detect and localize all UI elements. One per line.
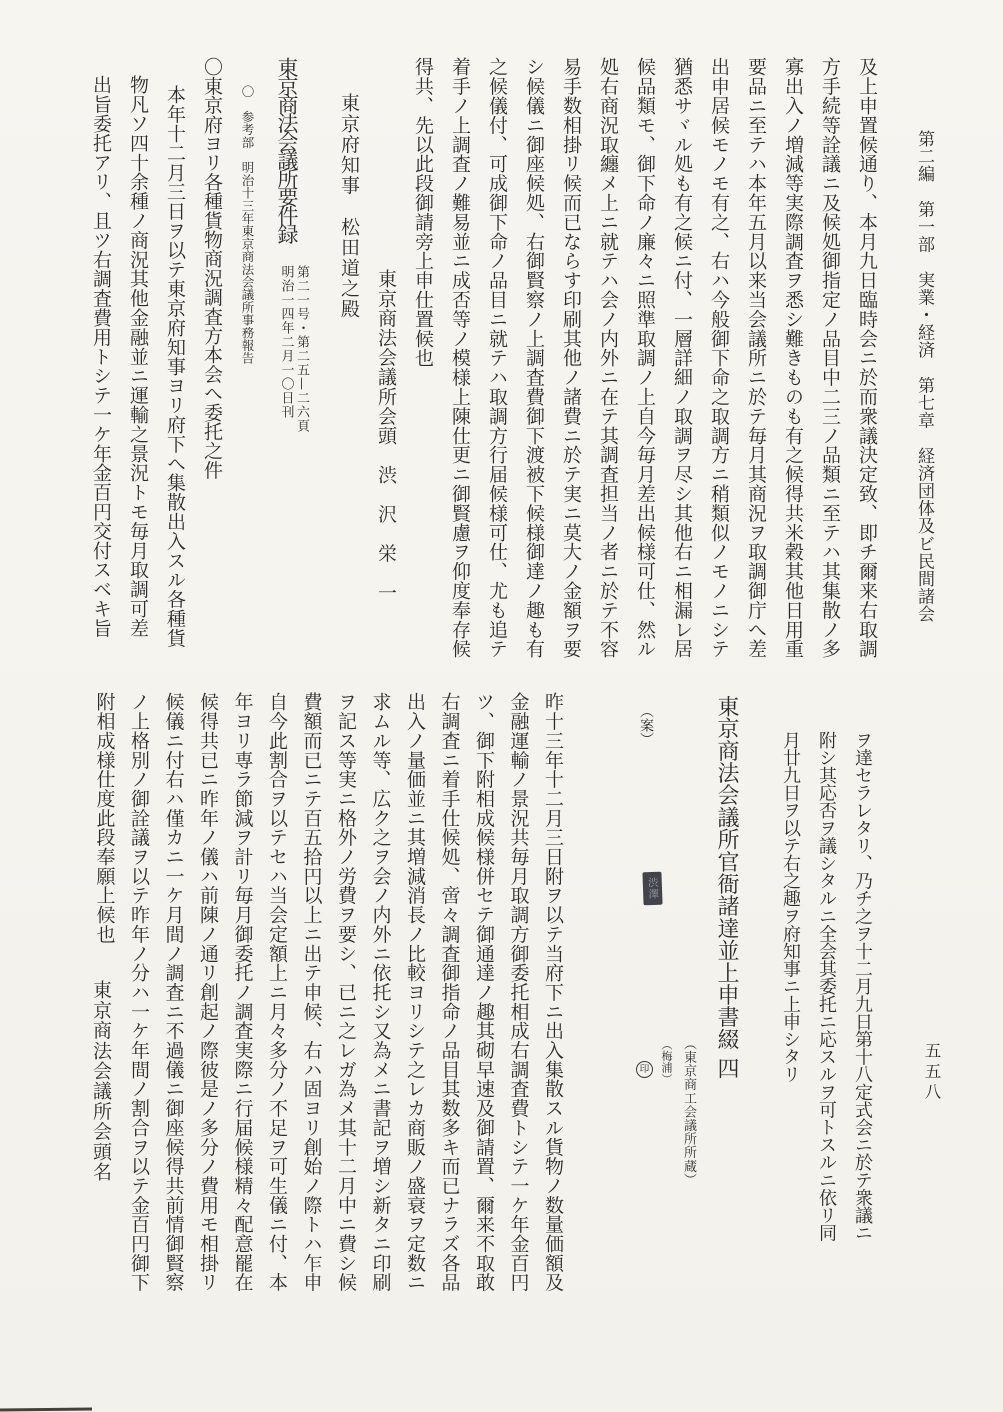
text-column: 候儀ニ付右ハ僅カニ一ケ月間ノ調査ニ不過儀ニ御座候得共前情御賢察 bbox=[156, 692, 191, 1320]
issue-number-pages: 第二一号・第二五—二六頁 bbox=[294, 265, 310, 433]
page-number: 五五八 bbox=[919, 1042, 943, 1104]
text-column: 易手数相掛リ候而已ならす印刷其他ノ諸費ニ於テ実ニ莫大ノ金額ヲ要 bbox=[552, 57, 589, 675]
addressee-line: 東京府知事 松田道之殿 bbox=[330, 57, 367, 675]
text-column: 本年十二月三日ヲ以テ東京府知事ヨリ府下へ集散出入スル各種貨 bbox=[156, 57, 193, 677]
text-column: 月廿九日ヲ以テ右之趣ヲ府知事ニ上申シタリ bbox=[772, 731, 808, 1291]
text-column: ノ上格別ノ御詮議ヲ以テ昨年ノ分ハ一ケ年間ノ割合ヲ以テ金百円御下 bbox=[122, 692, 157, 1320]
issue-note: 第二一号・第二五—二六頁 明治一四年二月一〇日刊 bbox=[278, 265, 309, 433]
chapter-header: 第二編 第一部 実業・経済 第七章 経済団体及ビ民間諸会 bbox=[912, 130, 937, 623]
text-column: 要品ニ至テハ本年五月以来当会議所ニ於テ毎月其商況ヲ取調御庁へ差 bbox=[737, 57, 774, 675]
scanned-book-page: 第二編 第一部 実業・経済 第七章 経済団体及ビ民間諸会 五五八 及上申置候通り… bbox=[0, 0, 1003, 1412]
signature-line: 東京商法会議所会頭名 bbox=[88, 980, 115, 1182]
shibusawa-seal: 渋澤 bbox=[642, 872, 662, 906]
draft-petition-body: 昨十三年十二月三日附ヲ以テ当府下ニ出入集散スル貨物ノ数量価額及 金融運輸ノ景況共… bbox=[87, 692, 570, 1320]
petition-body: 及上申置候通り、本月九日臨時会ニ於而衆議決定致、即チ爾来右取調 方手続等詮議ニ及… bbox=[330, 57, 885, 675]
text-column: 寡出入ノ増減等実際調査ヲ悉シ難きものも有之候得共米穀其他日用重 bbox=[774, 57, 811, 675]
umeura-seal-group: （梅浦） 印 bbox=[636, 1039, 674, 1111]
volume-number: 四 bbox=[714, 1057, 739, 1079]
reference-section: 東京商法会議所要件録 〇 参考部 明治十三年東京商法会議所事務報告 〇東京府ヨリ… bbox=[62, 57, 310, 677]
text-column: 昨十三年十二月三日附ヲ以テ当府下ニ出入集散スル貨物ノ数量価額及 bbox=[536, 692, 571, 1320]
text-column: 右調査ニ着手仕候処、啻々調査御指命ノ品目其数多キ而已ナラズ各品 bbox=[432, 692, 467, 1320]
circled-seal-icon: 印 bbox=[636, 1061, 653, 1078]
reference-source-note: 〇 参考部 明治十三年東京商法会議所事務報告 bbox=[231, 57, 264, 677]
text-column: 費額而已ニテ百五拾円以上ニ出テ申候、右ハ固ヨリ創始ノ際トハ乍申 bbox=[294, 692, 329, 1320]
text-column: 附シ其応否ヲ議シタルニ全会其委托ニ応スルヲ可トスルニ依リ同 bbox=[808, 731, 844, 1291]
text-column: 自今此割合ヲ以テセハ当会定額上ニ月々多分ノ不足ヲ可生儀ニ付、本 bbox=[260, 692, 295, 1320]
text-column: 着手ノ上調査ノ難易並ニ成否等ノ模様上陳仕更ニ御賢慮ヲ仰度奉存候 bbox=[441, 57, 478, 675]
text-column: 之候儀付、可成御下命ノ品目ニ就テハ取調方行届候様可仕、尤も追テ bbox=[478, 57, 515, 675]
text-column: シ候儀ニ御座候処、右御賢察ノ上調査費御下渡被下候様御達ノ趣も有 bbox=[515, 57, 552, 675]
sender-line: 東京商法会議所会頭 渋 沢 栄 一 bbox=[367, 57, 404, 675]
text-column: 及上申置候通り、本月九日臨時会ニ於而衆議決定致、即チ爾来右取調 bbox=[848, 57, 885, 675]
text-column: ツ、御下附相成候様併セテ御通達ノ趣其砌早速及御請置、爾来不取敢 bbox=[467, 692, 502, 1320]
text-column: 出申居候モノモ有之、右ハ今般御下命之取調方ニ稍類似ノモノニシテ bbox=[700, 57, 737, 675]
text-column: 得共、先以此段御請旁上申仕置候也 bbox=[404, 57, 441, 675]
reference-item-heading: 〇東京府ヨリ各種貨物商況調査方本会へ委托之件 bbox=[193, 57, 231, 677]
text-column: 処右商況取纏メ上ニ就テハ会ノ内外ニ在テ其調査担当ノ者ニ於テ不容 bbox=[589, 57, 626, 675]
text-column: 物凡ソ四十余種ノ商況其他金融並ニ運輸之景況トモ毎月取調可差 bbox=[119, 57, 156, 677]
text-column: 猶悉サヾル処も有之候ニ付、一層詳細ノ取調ヲ尽シ其他右ニ相漏レ居 bbox=[663, 57, 700, 675]
text-column: 方手続等詮議ニ及候処御指定ノ品目中二三ノ品類ニ至テハ其集散ノ多 bbox=[811, 57, 848, 675]
umeura-seal-label: （梅浦） bbox=[658, 1039, 674, 1085]
resolution-note: ヲ達セラレタリ、乃チ之ヲ十二月九日第十八定式会ニ於テ衆議ニ 附シ其応否ヲ議シタル… bbox=[772, 731, 880, 1291]
text-column: 年ヨリ専ラ節減ヲ計リ毎月御委托ノ調査実際ニ行届候様精々配意罷在 bbox=[225, 692, 260, 1320]
text-column: 候得共已ニ昨年ノ儀ハ前陳ノ通リ創起ノ際彼是ノ多分ノ費用モ相掛リ bbox=[191, 692, 226, 1320]
text-column: 出入ノ量価並ニ其増減消長ノ比較ヨリシテ之レカ商販ノ盛衰ヲ定数ニ bbox=[398, 692, 433, 1320]
issue-date: 明治一四年二月一〇日刊 bbox=[278, 265, 294, 433]
text-column: 求ムル等、広ク之ヲ会ノ内外ニ依托シ又為メニ書記ヲ増シ新タニ印刷 bbox=[363, 692, 398, 1320]
text-column: ヲ達セラレタリ、乃チ之ヲ十二月九日第十八定式会ニ於テ衆議ニ bbox=[844, 731, 880, 1291]
text-column: 出旨委托アリ、且ツ右調査費用トシテ一ケ年金百円交付スベキ旨 bbox=[82, 57, 119, 677]
scan-edge-artifact bbox=[0, 1408, 92, 1412]
text-column: 金融運輸ノ景況共毎月取調方御委托相成右調査費トシテ一ケ年金百円 bbox=[501, 692, 536, 1320]
holding-note: （東京商工会議所所蔵） bbox=[679, 1037, 698, 1187]
compilation-title-text: 東京商法会議所官衙諸達並上申書綴 bbox=[714, 695, 739, 1050]
text-column: 候品類モ、御下命ノ廉々ニ照準取調ノ上自今毎月差出候様可仕、然ル bbox=[626, 57, 663, 675]
draft-label: （案） bbox=[636, 704, 656, 746]
text-column: ヲ記ス等実ニ格外ノ労費ヲ要シ、已ニ之レガ為メ其十二月中ニ費シ候 bbox=[329, 692, 364, 1320]
compilation-title: 東京商法会議所官衙諸達並上申書綴四 bbox=[711, 695, 742, 1079]
